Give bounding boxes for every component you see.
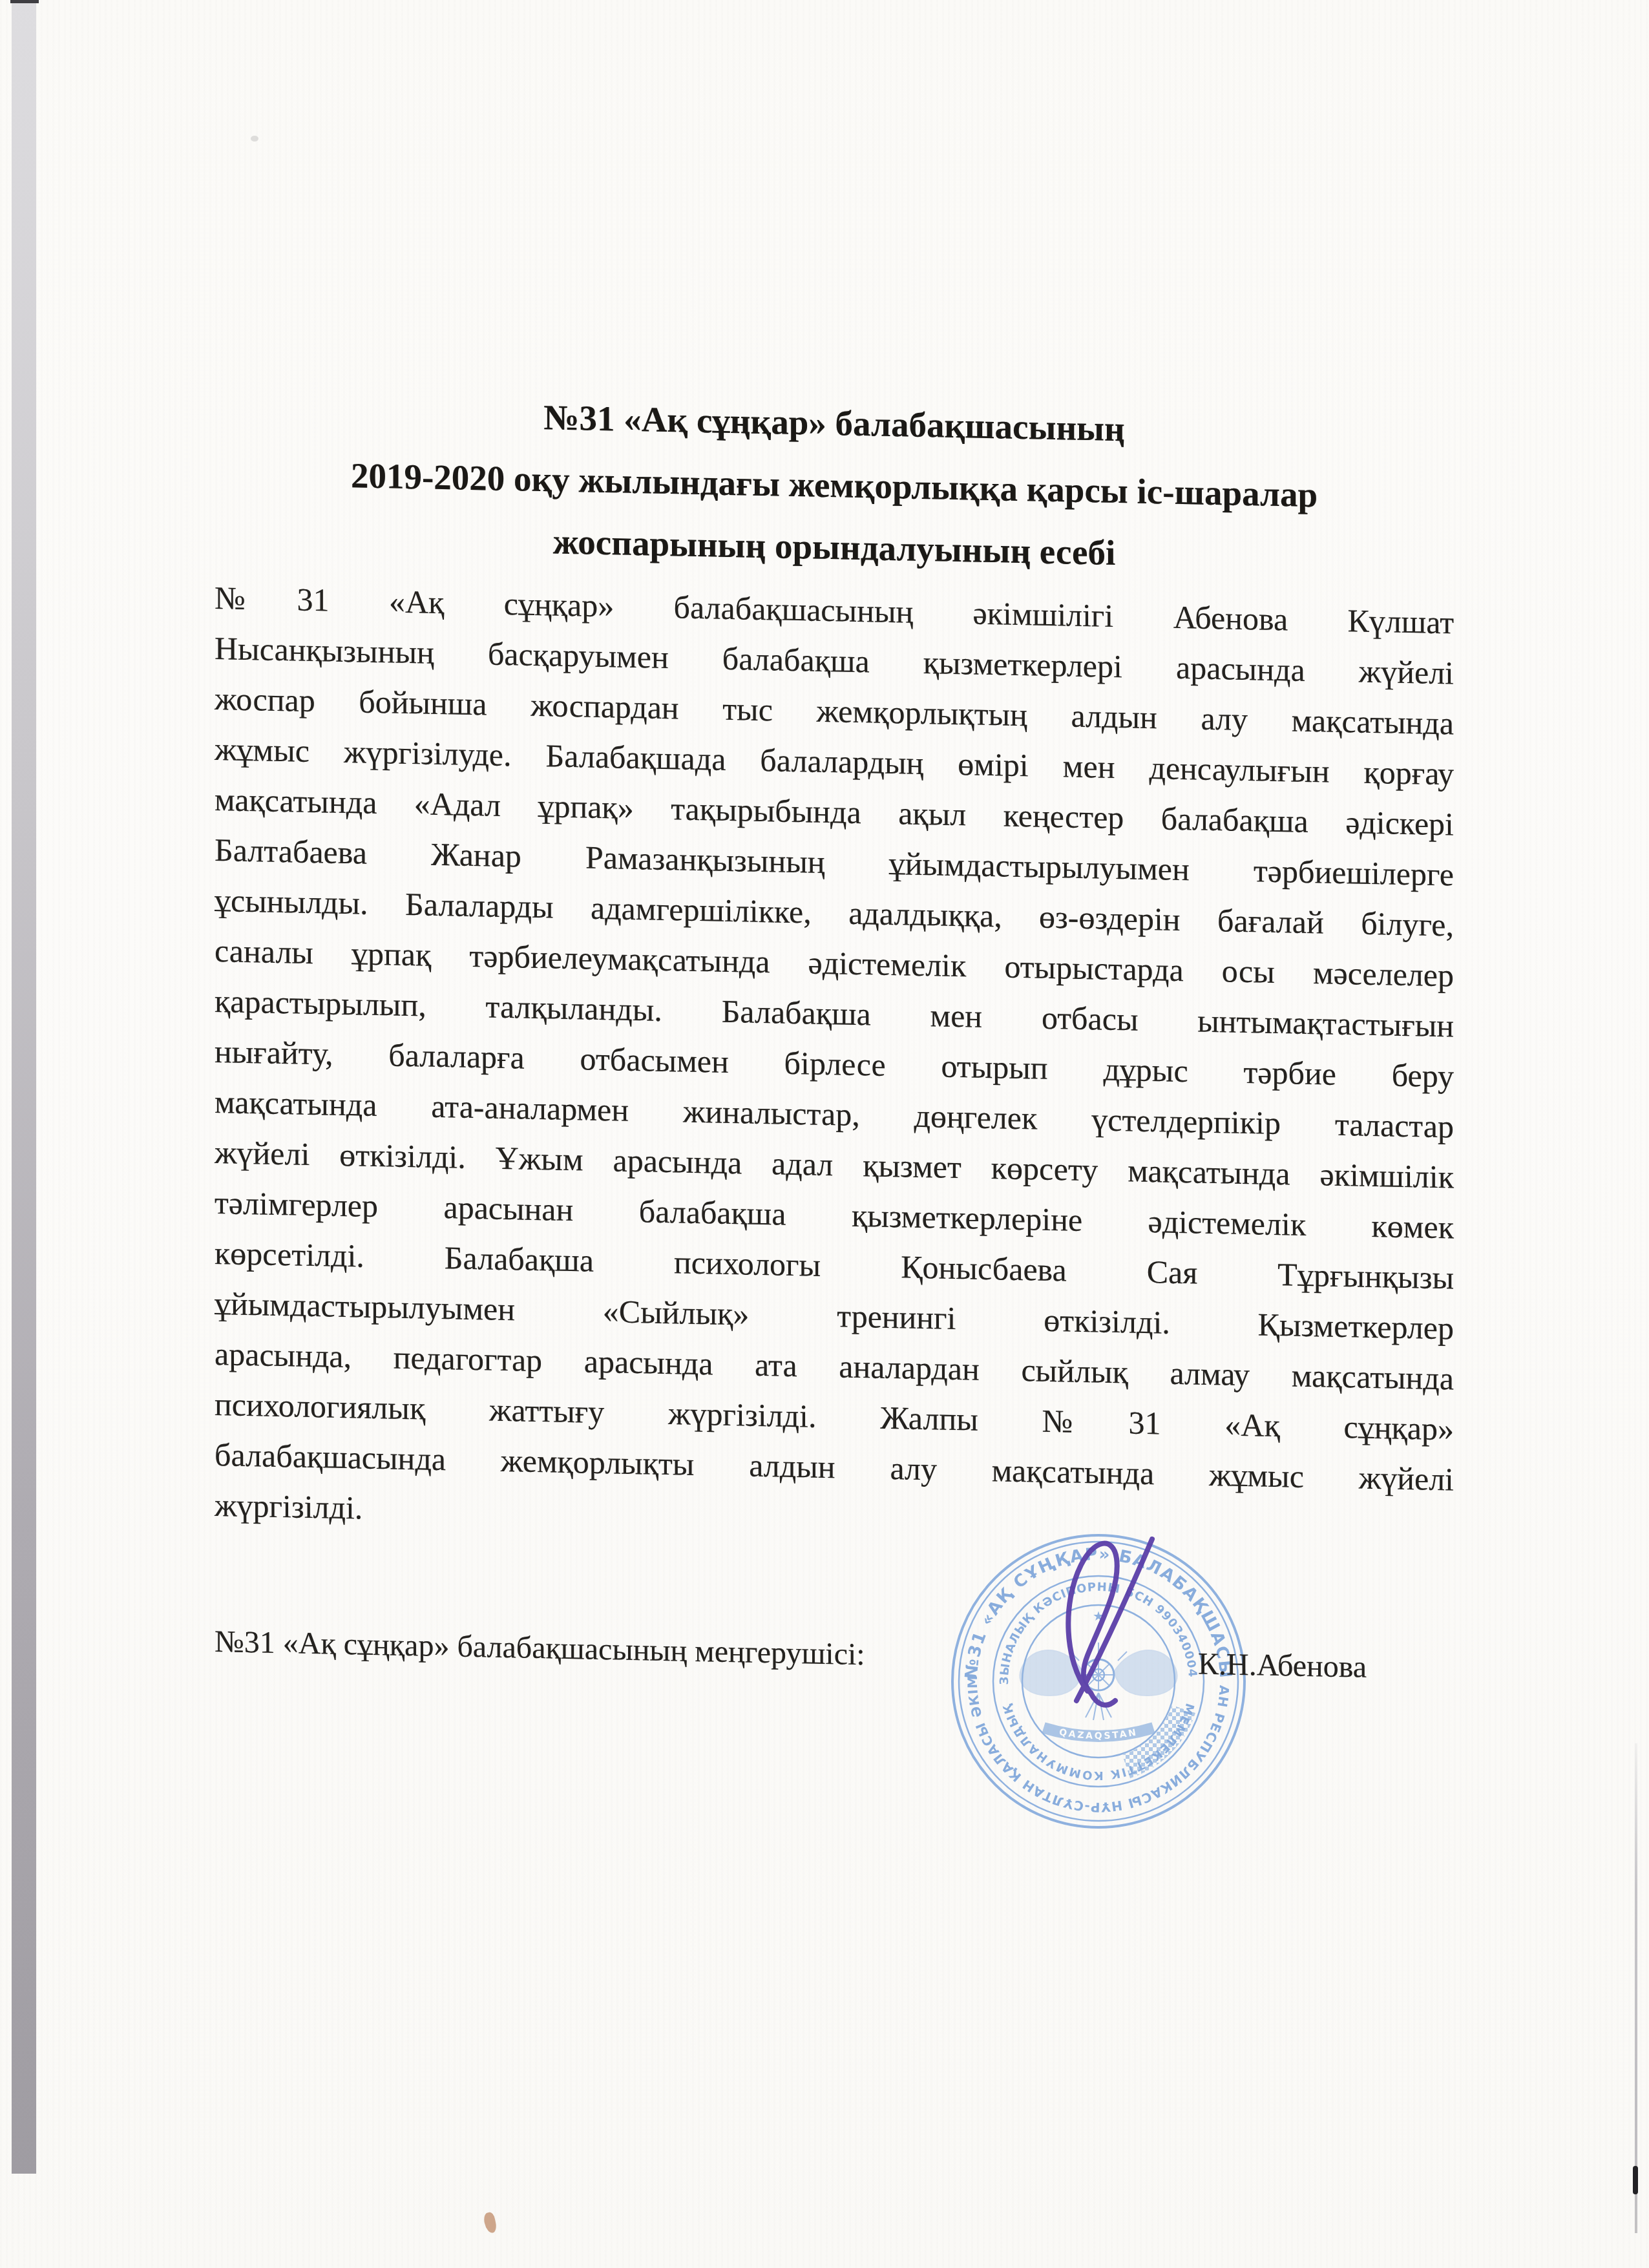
signature-row: №31 «Ақ сұңқар» балабақшасының меңгеруші… xyxy=(215,1617,1454,1700)
scan-artifact-speck xyxy=(483,2212,498,2234)
scanned-document-page: «№31 «АҚ СҰҢҚАР» БАЛАБАҚШАСЫ» ҚАЗАҚСТАН … xyxy=(0,0,1649,2268)
handwritten-signature xyxy=(1026,1526,1181,1733)
document-body: №31 «Ақ сұңқар» балабақшасының әкімшіліг… xyxy=(215,572,1454,1555)
scan-artifact-dot xyxy=(251,136,258,142)
scan-artifact-right-line xyxy=(1635,1743,1637,2233)
scanner-edge-top-cap xyxy=(10,0,39,3)
signature-label: №31 «Ақ сұңқар» балабақшасының меңгеруші… xyxy=(215,1624,865,1672)
document-content: №31 «Ақ сұңқар» балабақшасының 2019-2020… xyxy=(215,380,1454,1700)
scanner-edge-strip xyxy=(12,0,36,2174)
signature-name: К.Н.Абенова xyxy=(1198,1639,1367,1693)
scan-artifact-right-blob xyxy=(1633,2166,1638,2194)
